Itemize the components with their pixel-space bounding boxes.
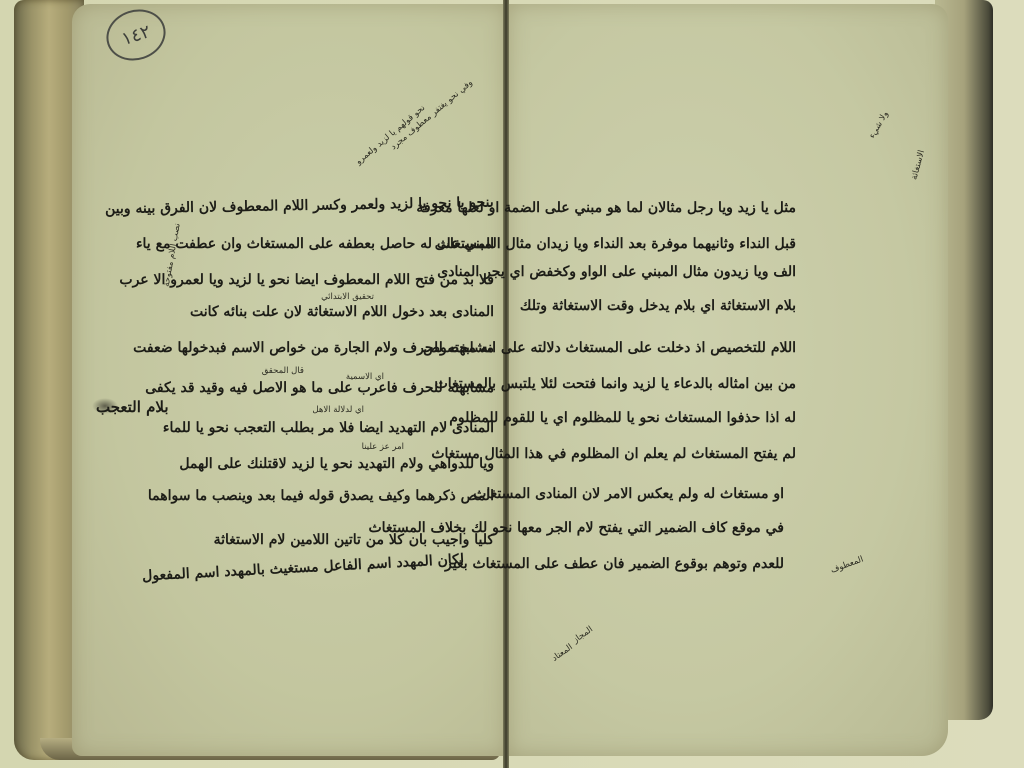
right-main-line: قبل النداء وثانيهما موفرة بعد النداء ويا…	[435, 236, 796, 252]
left-gloss: امر عز علينا	[362, 442, 404, 452]
left-gloss: تحقيق الابتدائي	[321, 292, 374, 302]
right-main-line: في موقع كاف الضمير التي يفتح لام الجر مع…	[368, 520, 784, 536]
right-main-line: اللام للتخصيص اذ دخلت على المستغاث دلالت…	[423, 340, 796, 356]
left-gloss: اي لدلالة الاهل	[312, 405, 364, 415]
right-main-line: بلام الاستغاثة اي بلام يدخل وقت الاستغاث…	[520, 298, 796, 314]
margin-heading: بلام التعجب	[96, 398, 169, 416]
right-main-line: مثل يا زيد ويا رجل مثالان لما هو مبني عل…	[416, 200, 796, 216]
right-main-line: له اذا حذفوا المستغاث نحو يا للمظلوم اي …	[449, 410, 796, 426]
left-main-line: المنادى بعد دخول اللام الاستغاثة لان علت…	[190, 304, 494, 320]
right-main-line: للعدم وتوهم بوقوع الضمير فان عطف على الم…	[445, 556, 784, 572]
left-gloss: اي الاسمية	[346, 372, 384, 382]
right-main-line: من بين امثاله بالدعاء يا لزيد وانما فتحت…	[435, 376, 796, 392]
right-main-line: او مستغاث له ولم يعكس الامر لان المنادى …	[473, 486, 784, 502]
right-main-line: لم يفتح المستغاث لم يعلم ان المظلوم في ه…	[431, 446, 796, 462]
left-main-line: المنادى لام التهديد ايضا فلا مر بطلب الت…	[163, 420, 494, 436]
right-main-line: الف ويا زيدون مثال المبني على الواو وكخف…	[437, 264, 796, 280]
left-main-line: المص ذكرهما وكيف يصدق قوله فيما بعد وينص…	[148, 488, 494, 504]
left-gloss: قال المحقق	[262, 366, 304, 376]
